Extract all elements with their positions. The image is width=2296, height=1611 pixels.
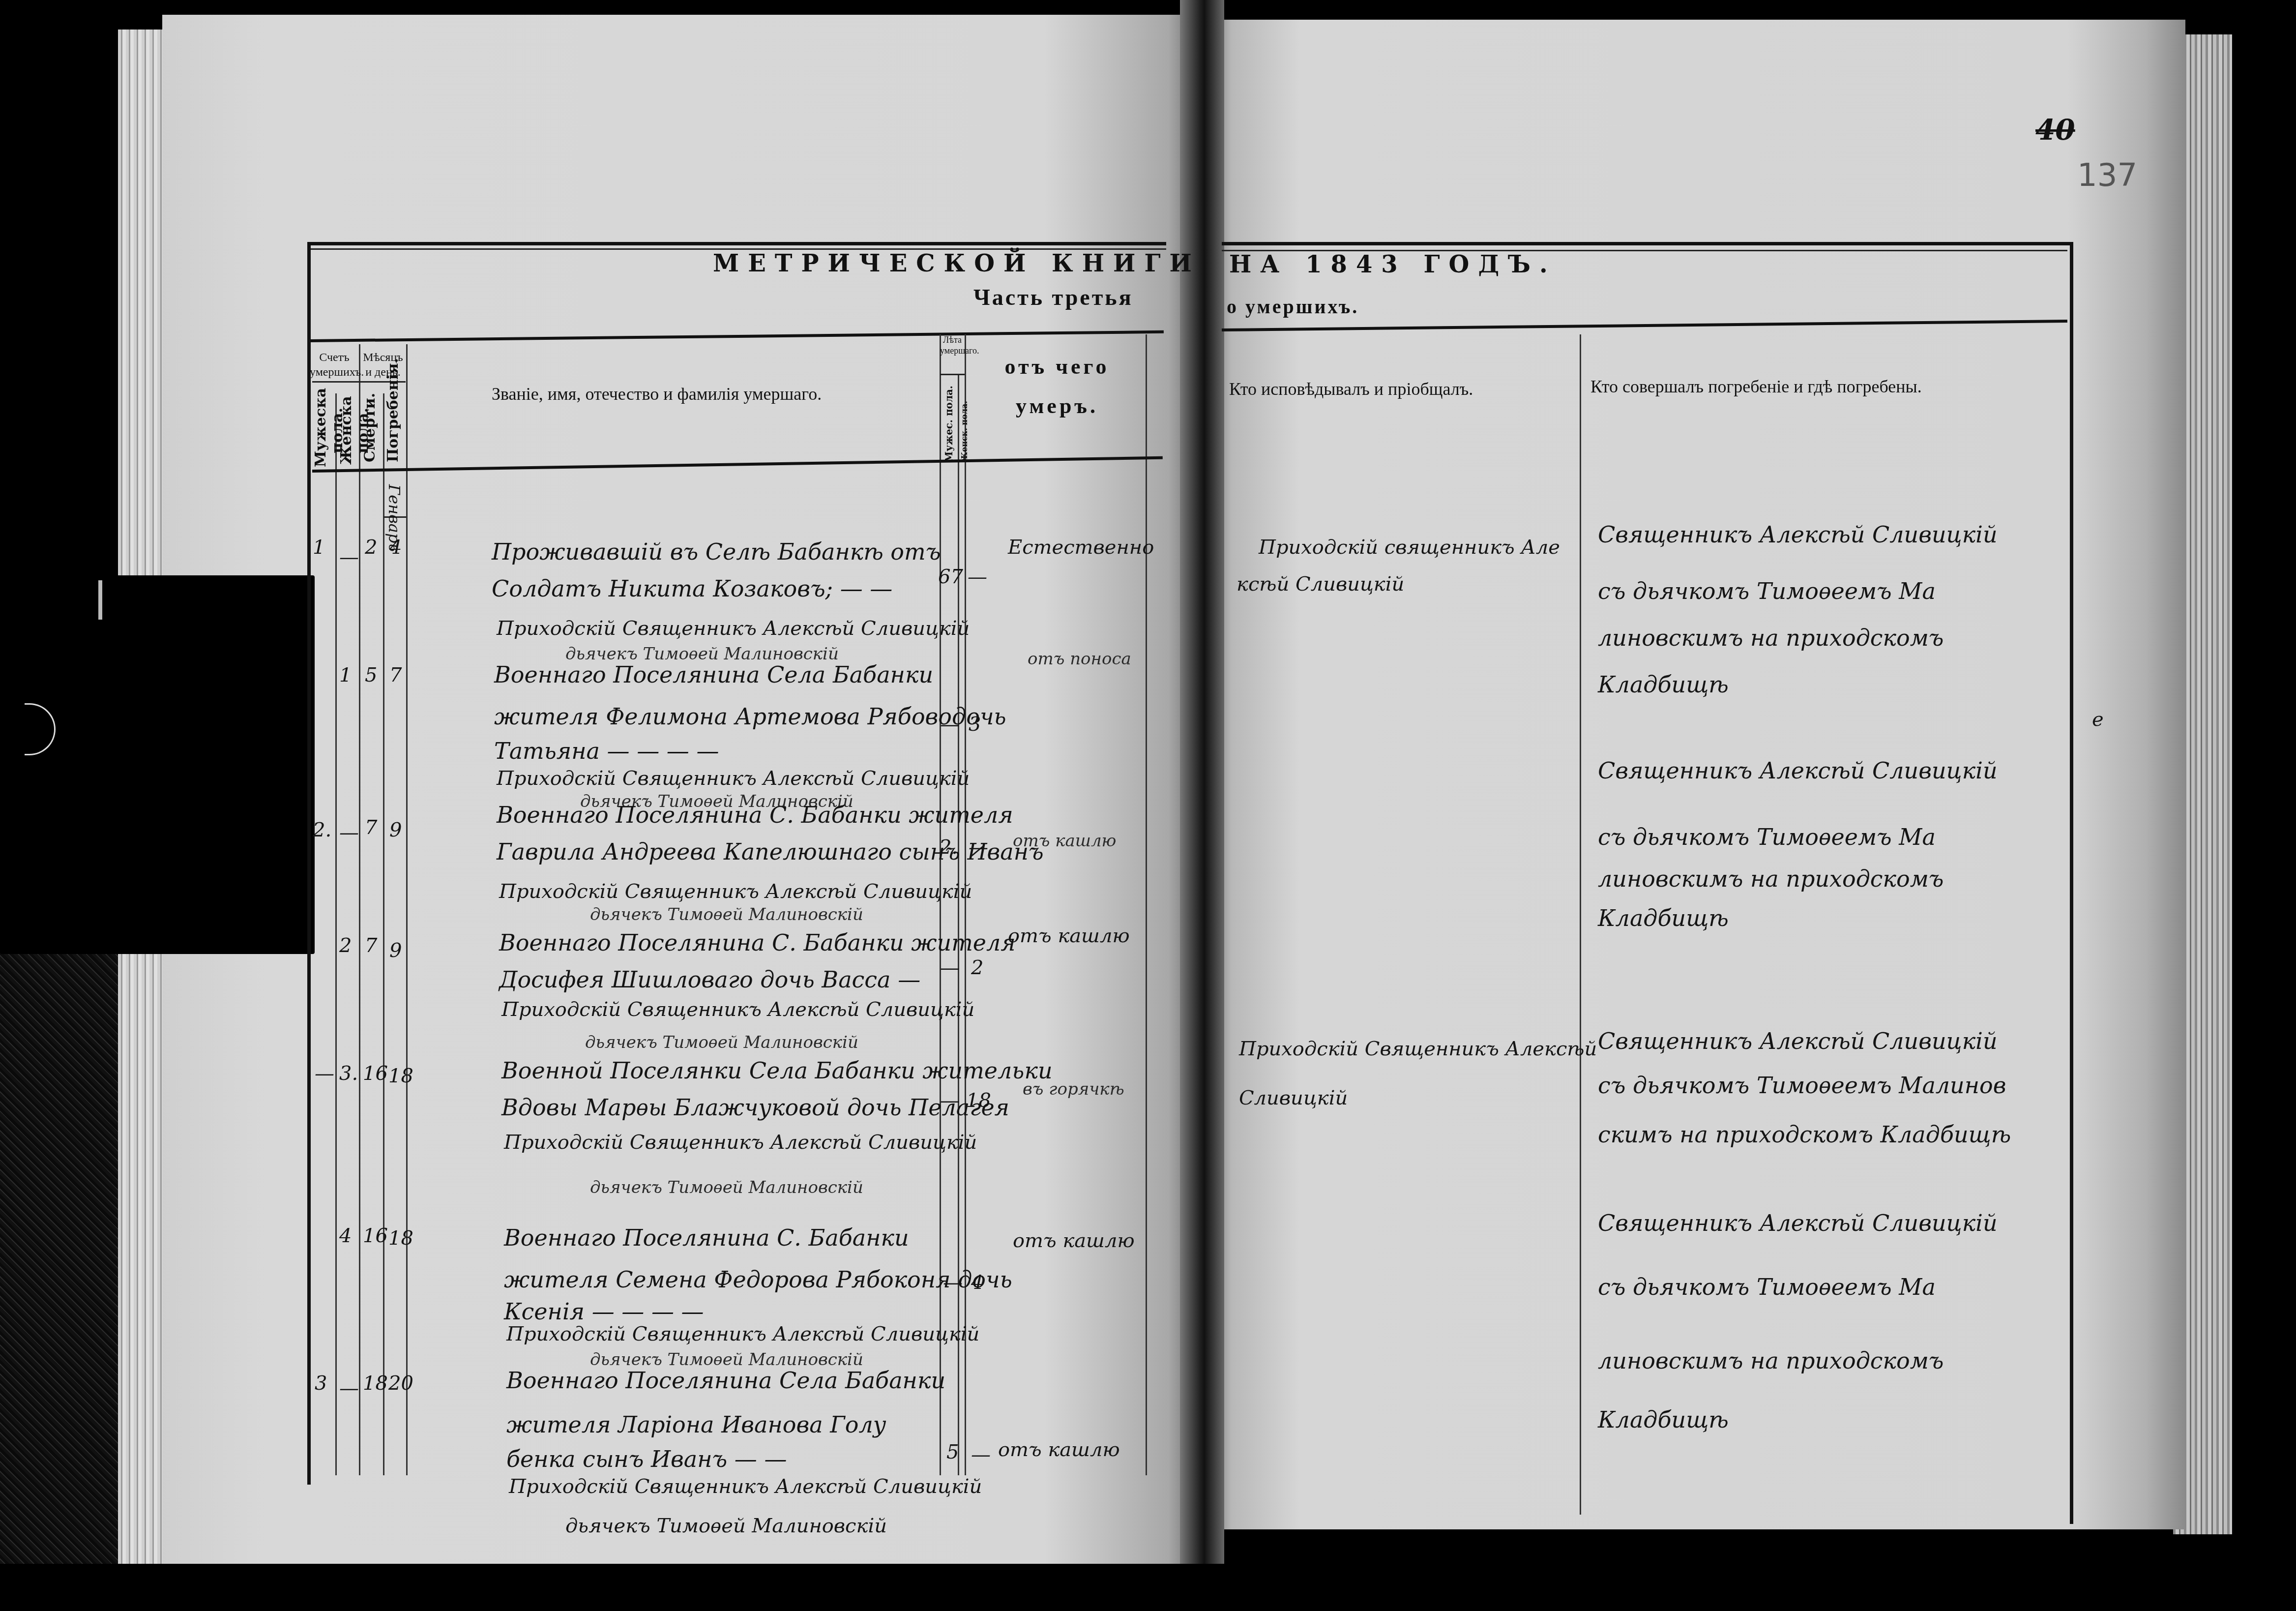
confessor-line: Приходскій Священникъ Алексѣй xyxy=(1239,1038,1597,1060)
confessor-line: Приходскій священникъ Але xyxy=(1259,536,1560,559)
col-line xyxy=(1146,334,1147,1475)
name-line: Военнаго Поселянина Села Бабанки xyxy=(506,1367,945,1394)
age-male: 5 xyxy=(946,1441,959,1463)
left-subtitle: Часть третья xyxy=(973,284,1133,310)
burial-line: Священникъ Алексѣй Сливицкій xyxy=(1598,1210,1998,1236)
death-day: 16 xyxy=(363,1224,388,1247)
cleric-line: дьячекъ Тимоѳей Малиновскій xyxy=(565,1515,887,1537)
burial-line: линовскимъ на приходскомъ xyxy=(1598,625,1944,651)
cleric-line: Приходскій Священникъ Алексѣй Сливицкій xyxy=(506,1323,979,1345)
name-line: жителя Семена Федорова Рябоконя дочь xyxy=(504,1266,1012,1293)
cause: отъ кашлю xyxy=(1008,925,1130,947)
cleric-line: дьячекъ Тимоѳей Малиновскій xyxy=(565,644,839,664)
female-count: — xyxy=(339,821,359,844)
cause: отъ кашлю xyxy=(998,1438,1120,1461)
burial-line: линовскимъ на приходскомъ xyxy=(1598,865,1944,892)
page-number-pencil: 137 xyxy=(2077,157,2137,194)
age-female: 3 xyxy=(969,713,981,736)
age-male: — xyxy=(940,1089,960,1112)
name-line: Вдовы Марѳы Блажчуковой дочь Пелагея xyxy=(501,1094,1009,1121)
death-day: 5 xyxy=(365,664,377,686)
margin-mark: е xyxy=(2092,708,2104,731)
col-line xyxy=(1580,334,1581,1515)
col-line xyxy=(940,334,941,1475)
female-count: 2 xyxy=(339,934,352,957)
age-female-header: Женск. пола. xyxy=(960,379,969,462)
burial-day: 9 xyxy=(389,939,402,962)
name-line: жителя Фелимона Артемова Рябоводочь xyxy=(494,703,1006,730)
cause-header-2: умеръ. xyxy=(971,393,1143,418)
burial-by-header: Кто совершалъ погребеніе и гдѣ погребены… xyxy=(1590,376,1922,397)
left-title: МЕТРИЧЕСКОЙ КНИГИ xyxy=(713,250,1201,277)
male-count: 3 xyxy=(315,1372,327,1395)
book-gutter xyxy=(1180,0,1224,1611)
death-header: Смерти. xyxy=(362,403,379,462)
age-male: — xyxy=(940,713,960,736)
female-count: — xyxy=(339,1377,359,1400)
burial-line: съ дьячкомъ Тимоѳеемъ Ма xyxy=(1598,824,1936,850)
bottom-shadow xyxy=(0,1564,2296,1611)
cleric-line: Приходскій Священникъ Алексѣй Сливицкій xyxy=(499,880,972,903)
age-male: 67 xyxy=(938,566,963,588)
death-day: 16 xyxy=(363,1062,388,1085)
name-line: бенка сынъ Иванъ — — xyxy=(506,1446,787,1472)
name-line: Досифея Шишловаго дочь Васса — xyxy=(499,966,920,993)
col-line xyxy=(335,393,337,1475)
burial-line: Священникъ Алексѣй Сливицкій xyxy=(1598,1028,1998,1054)
cleric-line: дьячекъ Тимоѳей Малиновскій xyxy=(590,1350,863,1370)
name-line: Военнаго Поселянина С. Бабанки xyxy=(504,1224,909,1251)
subheader-rule xyxy=(940,374,965,375)
cleric-line: Приходскій Священникъ Алексѣй Сливицкій xyxy=(497,617,970,640)
cause: отъ кашлю xyxy=(1013,1229,1135,1252)
col-line xyxy=(958,374,959,1475)
name-line: Ксенія — — — — xyxy=(504,1298,704,1325)
col-line xyxy=(359,344,360,1475)
age-male: 2. xyxy=(939,836,958,859)
right-subtitle: о умершихъ. xyxy=(1227,295,1359,318)
age-group-header: Лѣта умершаго. xyxy=(940,334,965,356)
age-female: 2 xyxy=(971,956,983,979)
burial-day: 9 xyxy=(389,819,402,841)
age-male: — xyxy=(940,956,960,979)
name-line: Гаврила Андреева Капелюшнаго сынъ Иванъ xyxy=(497,838,1044,865)
cleric-line: Приходскій Священникъ Алексѣй Сливицкій xyxy=(509,1475,982,1498)
right-title: НА 1843 ГОДЪ. xyxy=(1229,251,1557,278)
confessor-line: Сливицкій xyxy=(1239,1087,1348,1109)
cleric-line: Приходскій Священникъ Алексѣй Сливицкій xyxy=(504,1131,977,1154)
cause: отъ кашлю xyxy=(1013,831,1117,851)
name-line: Военнаго Поселянина С. Бабанки жителя xyxy=(497,802,1013,828)
burial-line: Кладбищѣ xyxy=(1598,1406,1729,1433)
binder-clip xyxy=(0,575,315,954)
cause-header-1: отъ чего xyxy=(971,354,1143,379)
male-count: — xyxy=(315,1062,334,1085)
name-line: Военной Поселянки Села Бабанки жительки xyxy=(501,1057,1053,1084)
name-header: Званіе, имя, отечество и фамилія умершаг… xyxy=(492,384,822,404)
clip-pin xyxy=(98,580,102,620)
col-line xyxy=(406,344,408,1475)
confessor-header: Кто исповѣдывалъ и пріобщалъ. xyxy=(1229,379,1473,399)
death-day: 7 xyxy=(365,934,377,957)
name-line: Военнаго Поселянина Села Бабанки xyxy=(494,661,933,688)
female-count: 1 xyxy=(339,664,352,686)
male-count: 2. xyxy=(313,819,331,841)
cause: Естественно xyxy=(1008,536,1154,559)
burial-line: съ дьячкомъ Тимоѳеемъ Малинов xyxy=(1598,1072,2006,1099)
name-line: Татьяна — — — — xyxy=(494,738,719,764)
burial-line: скимъ на приходскомъ Кладбищѣ xyxy=(1598,1121,2011,1148)
burial-line: Священникъ Алексѣй Сливицкій xyxy=(1598,521,1998,548)
name-line: жителя Ларiона Иванова Голу xyxy=(506,1411,886,1438)
age-female: 18 xyxy=(966,1089,991,1112)
burial-day: 20 xyxy=(388,1372,413,1395)
cleric-line: дьячекъ Тимоѳей Малиновскій xyxy=(585,1033,858,1052)
cleric-line: дьячекъ Тимоѳей Малиновскій xyxy=(590,905,863,925)
burial-date-header: Погребенія. xyxy=(385,393,402,462)
female-count: 4 xyxy=(339,1224,352,1247)
cleric-line: Приходскій Священникъ Алексѣй Сливицкій xyxy=(501,998,974,1021)
age-male-header: Мужес. пола. xyxy=(943,379,955,462)
cause: отъ поноса xyxy=(1028,649,1131,669)
age-female: 4 xyxy=(971,1271,983,1294)
burial-day: 7 xyxy=(389,664,402,686)
burial-day: 4 xyxy=(389,536,402,559)
col-line xyxy=(965,334,966,1475)
burial-line: Священникъ Алексѣй Сливицкій xyxy=(1598,757,1998,784)
age-female: — xyxy=(971,1443,991,1466)
name-line: Военнаго Поселянина С. Бабанки жителя xyxy=(499,929,1016,956)
name-line: Проживавшій въ Селѣ Бабанкѣ отъ xyxy=(492,538,941,565)
page-number-ink: 40 xyxy=(2035,113,2075,147)
col-line xyxy=(383,393,384,1475)
burial-line: Кладбищѣ xyxy=(1598,905,1729,931)
cleric-line: дьячекъ Тимоѳей Малиновскій xyxy=(590,1178,863,1197)
burial-line: линовскимъ на приходскомъ xyxy=(1598,1347,1944,1374)
death-day: 7 xyxy=(365,816,377,839)
burial-line: Кладбищѣ xyxy=(1598,671,1729,698)
burial-line: съ дьячкомъ Тимоѳеемъ Ма xyxy=(1598,578,1936,604)
male-count: 1 xyxy=(313,536,325,559)
cleric-line: Приходскій Священникъ Алексѣй Сливицкій xyxy=(497,767,970,790)
name-line: Солдатъ Никита Козаковъ; — — xyxy=(492,575,892,602)
count-group-header: Счетъ умершихъ. xyxy=(310,350,359,380)
burial-day: 18 xyxy=(388,1065,413,1087)
death-day: 2 xyxy=(365,536,377,559)
age-female: — xyxy=(968,566,987,588)
burial-day: 18 xyxy=(388,1227,413,1250)
cause: въ горячкѣ xyxy=(1023,1079,1124,1099)
age-male: — xyxy=(943,1271,963,1294)
confessor-line: ксѣй Сливицкій xyxy=(1236,573,1404,596)
female-count: — xyxy=(339,546,359,568)
female-count: 3. xyxy=(339,1062,358,1085)
age-female: — xyxy=(969,836,988,859)
burial-line: съ дьячкомъ Тимоѳеемъ Ма xyxy=(1598,1274,1936,1300)
death-day: 18 xyxy=(363,1372,388,1395)
